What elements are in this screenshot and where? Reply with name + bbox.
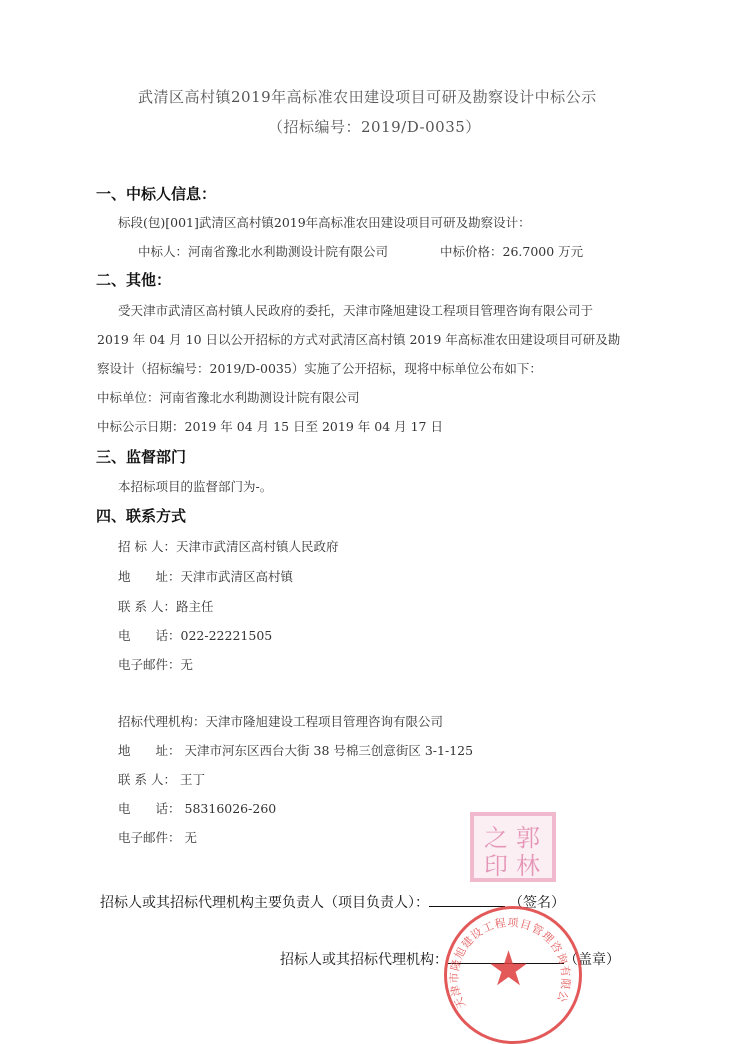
field-value: 58316026-260 — [185, 801, 277, 816]
field-value: 天津市武清区高村镇人民政府 — [176, 539, 339, 554]
agency-address-row: 地 址：天津市河东区西台大街 38 号棉三创意街区 3-1-125 — [118, 741, 473, 759]
tenderer-address-row: 地 址：天津市武清区高村镇 — [118, 567, 293, 585]
tenderer-email-row: 电子邮件：无 — [118, 655, 193, 673]
seal-char: 印 — [484, 846, 508, 881]
paragraph-line-3: 察设计（招标编号：2019/D-0035）实施了公开招标，现将中标单位公布如下： — [97, 359, 542, 377]
winner-label: 中标人： — [138, 244, 188, 259]
field-label: 地 址： — [118, 569, 181, 584]
field-value: 天津市武清区高村镇 — [181, 569, 294, 584]
price-label: 中标价格： — [440, 244, 503, 259]
price-value: 26.7000 万元 — [503, 244, 584, 259]
agency-phone-row: 电 话：58316026-260 — [118, 799, 276, 817]
field-label: 联 系 人： — [118, 599, 176, 614]
field-label: 电子邮件： — [118, 830, 181, 845]
paragraph-line-1: 受天津市武清区高村镇人民政府的委托，天津市隆旭建设工程项目管理咨询有限公司于 — [118, 301, 593, 319]
tender-number: （招标编号：2019/D-0035） — [268, 116, 481, 137]
winner-row: 中标人：河南省豫北水利勘测设计院有限公司 — [138, 242, 388, 260]
agency-seal-label: 招标人或其招标代理机构： — [280, 952, 448, 968]
tenderer-name-row: 招 标 人：天津市武清区高村镇人民政府 — [118, 537, 338, 555]
field-label: 电子邮件： — [118, 657, 181, 672]
field-value: 天津市河东区西台大街 38 号棉三创意街区 3-1-125 — [185, 743, 474, 758]
seal-char: 林 — [516, 846, 540, 881]
agency-name-row: 招标代理机构：天津市隆旭建设工程项目管理咨询有限公司 — [118, 712, 443, 730]
agency-contact-row: 联 系 人：王丁 — [118, 770, 205, 788]
field-label: 招 标 人： — [118, 539, 176, 554]
section-heading-other: 二、其他： — [96, 269, 171, 290]
winning-unit-row: 中标单位：河南省豫北水利勘测设计院有限公司 — [97, 388, 360, 406]
winning-unit-value: 河南省豫北水利勘测设计院有限公司 — [160, 390, 360, 405]
field-label: 电 话： — [118, 801, 181, 816]
price-row: 中标价格：26.7000 万元 — [440, 242, 583, 260]
document-title: 武清区高村镇2019年高标准农田建设项目可研及勘察设计中标公示 — [138, 86, 597, 107]
field-label: 地 址： — [118, 743, 181, 758]
publicity-period-label: 中标公示日期： — [97, 419, 185, 434]
field-value: 022-22221505 — [181, 628, 273, 643]
field-value: 王丁 — [180, 772, 205, 787]
seal-star-icon: ★ — [487, 945, 530, 993]
publicity-period-row: 中标公示日期：2019 年 04 月 15 日至 2019 年 04 月 17 … — [97, 417, 443, 435]
winning-unit-label: 中标单位： — [97, 390, 160, 405]
publicity-period-value: 2019 年 04 月 15 日至 2019 年 04 月 17 日 — [185, 419, 443, 434]
paragraph-line-2: 2019 年 04 月 10 日以公开招标的方式对武清区高村镇 2019 年高标… — [97, 330, 620, 348]
agency-email-row: 电子邮件：无 — [118, 828, 197, 846]
personal-seal-stamp: 郭 林 之 印 — [470, 812, 556, 882]
section-heading-contact: 四、联系方式 — [96, 505, 186, 526]
field-value: 路主任 — [176, 599, 214, 614]
tenderer-phone-row: 电 话：022-22221505 — [118, 626, 272, 644]
tenderer-contact-row: 联 系 人：路主任 — [118, 597, 213, 615]
field-label: 招标代理机构： — [118, 714, 206, 729]
field-label: 联 系 人： — [118, 772, 176, 787]
field-value: 无 — [185, 830, 198, 845]
field-label: 电 话： — [118, 628, 181, 643]
responsible-label: 招标人或其招标代理机构主要负责人（项目负责人）： — [100, 895, 429, 911]
field-value: 无 — [181, 657, 194, 672]
signature-line — [429, 892, 505, 907]
supervision-text: 本招标项目的监督部门为-。 — [118, 477, 272, 495]
field-value: 天津市隆旭建设工程项目管理咨询有限公司 — [206, 714, 444, 729]
winner-name: 河南省豫北水利勘测设计院有限公司 — [188, 244, 388, 259]
section-heading-supervision: 三、监督部门 — [96, 446, 186, 467]
section-heading-winner-info: 一、中标人信息： — [96, 183, 216, 204]
lot-description: 标段(包)[001]武清区高村镇2019年高标准农田建设项目可研及勘察设计： — [118, 213, 531, 231]
